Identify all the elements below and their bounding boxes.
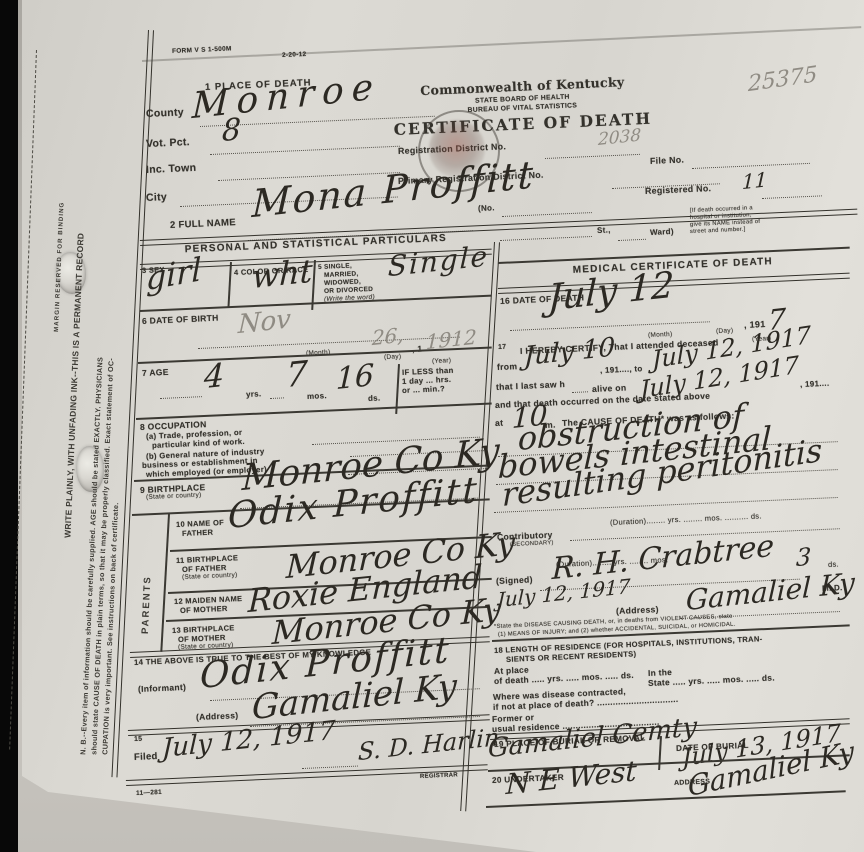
color-race-value: wht (251, 251, 313, 296)
if-less-line-3: or ... min.? (402, 384, 445, 395)
filed-number: 15 (134, 736, 143, 743)
attended-from-label: from (497, 361, 518, 372)
yrs-caption: yrs. (246, 389, 262, 399)
filed-label: Filed (134, 751, 158, 763)
form-revision-date: 2-20-12 (282, 51, 307, 59)
year-caption: (Year) (432, 357, 452, 365)
certify-number: 17 (498, 344, 507, 351)
alive-on-text: alive on (592, 383, 627, 394)
physician-address-label: (Address) (616, 604, 659, 616)
age-years-value: 4 (203, 356, 225, 396)
month-caption: (Month) (648, 331, 673, 339)
father-name-label-2: FATHER (182, 528, 214, 538)
informant-label: (Informant) (138, 682, 187, 694)
inc-town-label: Inc. Town (146, 162, 197, 176)
county-label: County (146, 106, 184, 120)
ward-label: Ward) (650, 227, 674, 237)
duration2-days-value: 3 (796, 542, 812, 572)
at-label: at (495, 418, 504, 428)
voting-precinct-label: Vot. Pct. (146, 136, 190, 150)
age-label: 7 AGE (142, 367, 169, 378)
ds-caption: ds. (368, 393, 381, 403)
mos-caption: mos. (307, 391, 327, 401)
alive-on-year: , 191.... (800, 379, 830, 389)
file-no-label: File No. (650, 155, 685, 166)
voting-precinct-value: 8 (221, 112, 241, 149)
age-months-value: 7 (285, 354, 308, 397)
informant-address-label: (Address) (196, 710, 239, 722)
street-no-label: (No. (478, 203, 495, 213)
marital-label-1: 5 SINGLE, (318, 263, 352, 271)
birth-day-value: 26, (372, 323, 404, 351)
street-label: St., (597, 225, 611, 235)
age-days-value: 16 (335, 358, 374, 397)
form-code: 11—281 (136, 789, 162, 797)
birth-month-value: Nov (237, 304, 291, 340)
day-caption: (Day) (384, 353, 402, 361)
city-label: City (146, 191, 168, 204)
attended-from-mid: , 191...., to (600, 364, 643, 375)
registered-no-value: 11 (742, 167, 768, 194)
